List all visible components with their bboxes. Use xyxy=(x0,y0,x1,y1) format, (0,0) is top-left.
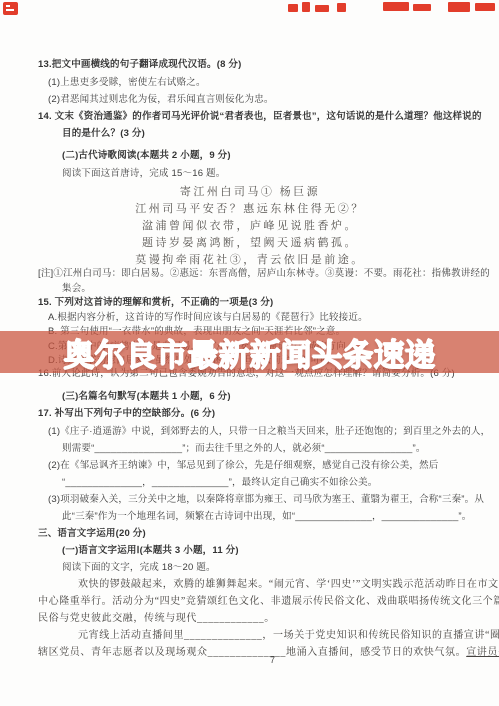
passage-line: 元宵线上活动直播间里______________，一场关于党史知识和传统民俗知识… xyxy=(78,630,499,642)
passage-line: 中心隆重举行。活动分为“四史”竞猜颂红色文化、非遗展示传民俗文化、戏曲联唱扬传统… xyxy=(38,596,499,608)
text-line: 目的是什么？(3 分) xyxy=(62,128,145,140)
poem-line: 湓浦曾闻似衣带，庐峰见说胜香炉。 xyxy=(30,220,470,232)
red-seal-icon xyxy=(3,2,18,15)
text-line: (2)君恶闻其过则忠化为佞，君乐闻直言则佞化为忠。 xyxy=(48,94,274,106)
section-3-header: (三)名篇名句默写(本题共 1 小题，6 分) xyxy=(62,391,231,403)
poem-line: 莫谩拘牵雨花社③，青云依旧是前途。 xyxy=(30,254,470,266)
poem-line: 题诗岁晏离鸿断，望阙天遥病鹤孤。 xyxy=(30,237,470,249)
part-3-1-header: (一)语言文字运用Ⅰ(本题共 3 小题，11 分) xyxy=(62,545,239,557)
red-header-fragment-icon xyxy=(413,4,431,11)
text-line: 阅读下面的文字，完成 18～20 题。 xyxy=(62,562,216,574)
passage-line: 辖区党员、青年志愿者以及现场观众______________地涌入直播间，感受节… xyxy=(38,647,499,659)
underlined-text: 宣讲员平易的 xyxy=(466,647,499,658)
poem-title: 寄江州白司马① 杨巨源 xyxy=(30,186,470,198)
question-13-stem: 13.把文中画横线的句子翻译成现代汉语。(8 分) xyxy=(38,59,241,71)
news-banner: 奥尔良市最新新闻头条速递 xyxy=(0,331,499,373)
poem-notes: [注]①江州白司马：即白居易。②惠远：东晋高僧，居庐山东林寺。③莫谩：不要。雨花… xyxy=(38,268,490,280)
red-header-fragment-icon xyxy=(383,2,409,11)
text-line: (3)项羽破秦入关，三分关中之地，以秦降将章邯为雍王、司马欣为塞王、董翳为翟王，… xyxy=(48,494,484,506)
text-line: (1)《庄子·逍遥游》中说，到郊野去的人，只带一日之粮当天回来，肚子还饱饱的；到… xyxy=(48,426,490,438)
red-header-fragment-icon xyxy=(337,3,346,12)
fill-blank-line: 则需要“________________”；而去往千里之外的人，就必须“____… xyxy=(62,443,426,455)
fill-blank-line: “______________，______________”，最终认定自己确实… xyxy=(62,477,377,489)
fill-blank-line: 此“三秦”作为一个地理名词，频繁在古诗词中出现，如“______________… xyxy=(62,511,472,523)
red-header-fragment-icon xyxy=(288,4,298,12)
section-2-header: (二)古代诗歌阅读(本题共 2 小题，9 分) xyxy=(62,150,231,162)
red-header-fragment-icon xyxy=(475,3,495,11)
text-line: (1)上患吏多受賕，密使左右试赂之。 xyxy=(48,77,206,89)
option-a: A.根据内容分析，这首诗的写作时间应该与白居易的《琵琶行》比较接近。 xyxy=(48,312,368,324)
news-banner-title: 奥尔良市最新新闻头条速递 xyxy=(64,330,436,375)
red-header-fragment-icon xyxy=(448,2,470,12)
poem-line: 江州司马平安否？惠远东林住得无②？ xyxy=(30,203,470,215)
question-14-stem: 14. 文末《资治通鉴》的作者司马光评价说“君者表也，臣者景也”，这句话说的是什… xyxy=(38,111,482,123)
text-line: (2)在《邹忌讽齐王纳谏》中，邹忌见到了徐公，先是仔细观察，感觉自己没有徐公美，… xyxy=(48,460,439,472)
passage-line: 欢快的锣鼓敲起来，欢腾的雄狮舞起来。“闹元宵、学‘四史’”文明实践示范活动昨日在… xyxy=(78,579,499,591)
passage-text: 辖区党员、青年志愿者以及现场观众______________地涌入直播间，感受节… xyxy=(38,647,466,658)
red-header-fragment-icon xyxy=(315,5,329,12)
red-header-fragment-icon xyxy=(302,2,310,12)
exam-page: 13.把文中画横线的句子翻译成现代汉语。(8 分) (1)上患吏多受賕，密使左右… xyxy=(0,0,499,706)
part-3-header: 三、语言文字运用(20 分) xyxy=(38,528,146,540)
question-17-stem: 17. 补写出下列句子中的空缺部分。(6 分) xyxy=(38,408,215,420)
question-15-stem: 15. 下列对这首诗的理解和赏析，不正确的一项是(3 分) xyxy=(38,297,273,309)
passage-line: 民俗与党史彼此交融，传统与现代____________。 xyxy=(38,613,275,625)
text-line: 集会。 xyxy=(62,283,91,295)
text-line: 阅读下面这首唐诗，完成 15～16 题。 xyxy=(62,168,225,180)
page-number: 7 xyxy=(270,655,275,665)
